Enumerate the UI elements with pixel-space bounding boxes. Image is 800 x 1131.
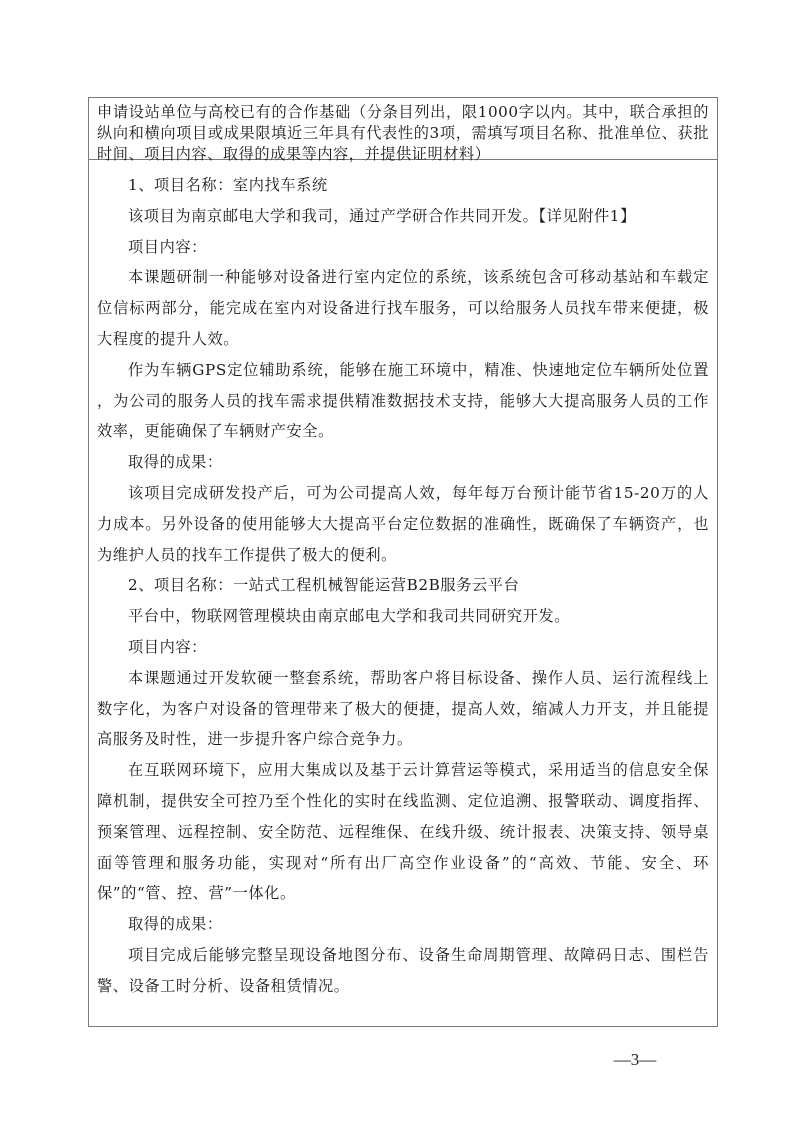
project-1-content-label: 项目内容： — [97, 232, 709, 263]
project-1-content-paragraph: 本课题研制一种能够对设备进行室内定位的系统，该系统包含可移动基站和车载定位信标两… — [97, 262, 709, 354]
project-2-result-paragraph: 项目完成后能够完整呈现设备地图分布、设备生命周期管理、故障码日志、围栏告警、设备… — [97, 940, 709, 1002]
project-1-intro: 该项目为南京邮电大学和我司，通过产学研合作共同开发。【详见附件1】 — [97, 201, 709, 232]
project-1-title: 1、项目名称：室内找车系统 — [97, 170, 709, 201]
project-1-result-paragraph: 该项目完成研发投产后，可为公司提高人效，每年每万台预计能节省15-20万的人力成… — [97, 478, 709, 570]
project-2-content-paragraph: 本课题通过开发软硬一整套系统，帮助客户将目标设备、操作人员、运行流程线上数字化，… — [97, 663, 709, 755]
project-2-result-label: 取得的成果： — [97, 909, 709, 940]
project-2-content-label: 项目内容： — [97, 632, 709, 663]
project-2-intro: 平台中，物联网管理模块由南京邮电大学和我司共同研究开发。 — [97, 601, 709, 632]
project-1-content-paragraph: 作为车辆GPS定位辅助系统，能够在施工环境中，精准、快速地定位车辆所处位置 ，为… — [97, 355, 709, 447]
project-2-content-paragraph: 在互联网环境下，应用大集成以及基于云计算营运等模式，采用适当的信息安全保障机制，… — [97, 755, 709, 909]
page-number: —3— — [600, 1050, 670, 1070]
cooperation-basis-table: 申请设站单位与高校已有的合作基础（分条目列出，限1000字以内。其中，联合承担的… — [88, 97, 718, 1027]
table-body-cell: 1、项目名称：室内找车系统 该项目为南京邮电大学和我司，通过产学研合作共同开发。… — [89, 160, 717, 1026]
project-1-result-label: 取得的成果： — [97, 447, 709, 478]
project-2-title: 2、项目名称：一站式工程机械智能运营B2B服务云平台 — [97, 570, 709, 601]
table-header-cell: 申请设站单位与高校已有的合作基础（分条目列出，限1000字以内。其中，联合承担的… — [89, 98, 717, 160]
